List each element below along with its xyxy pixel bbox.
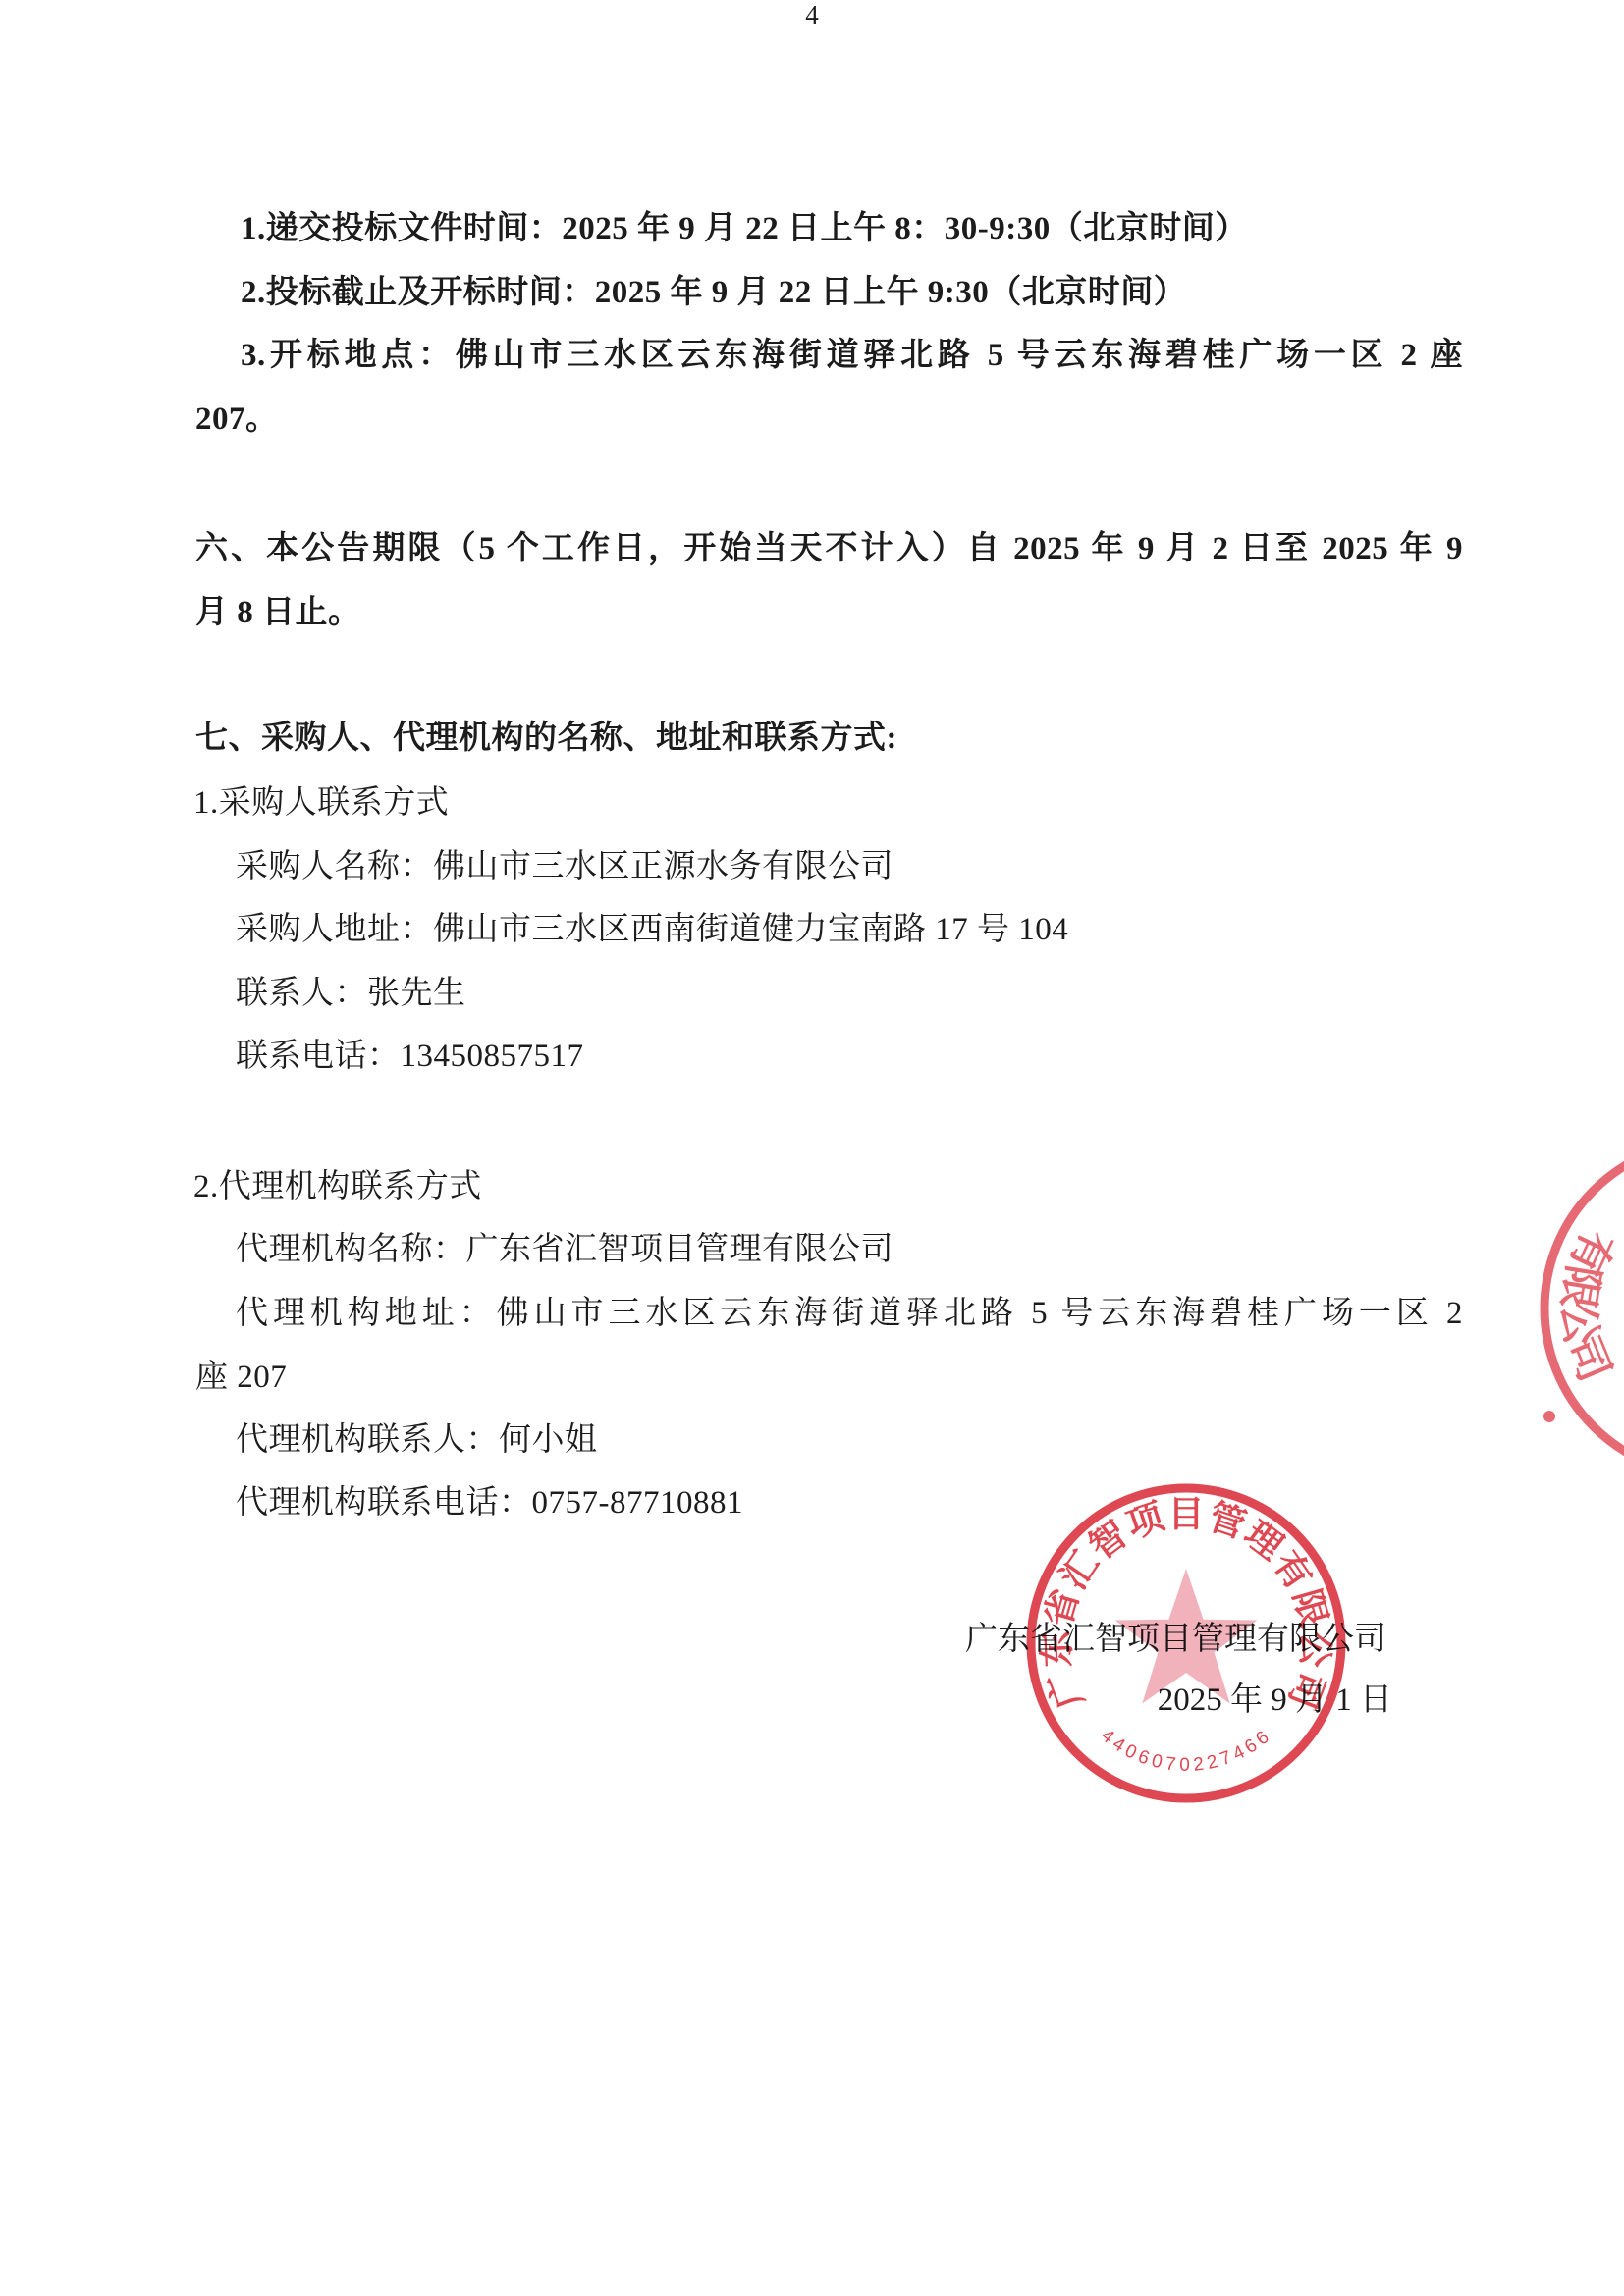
doc-line-submit-time: 1.递交投标文件时间：2025 年 9 月 22 日上午 8：30-9:30（北…	[241, 208, 1248, 249]
doc-line-purchaser-name: 采购人名称：佛山市三水区正源水务有限公司	[236, 846, 893, 887]
edge-seal-stamp: 有限公司	[1517, 1139, 1624, 1478]
page-number: 4	[0, 0, 1624, 30]
doc-line-notice-period: 六、本公告期限（5 个工作日，开始当天不计入）自 2025 年 9 月 2 日至…	[195, 528, 1463, 569]
doc-line-agency-address-cont: 座 207	[195, 1357, 287, 1398]
doc-line-purchaser-phone: 联系电话：13450857517	[236, 1036, 584, 1077]
doc-heading-contacts: 七、采购人、代理机构的名称、地址和联系方式:	[195, 718, 897, 759]
doc-line-deadline-time: 2.投标截止及开标时间：2025 年 9 月 22 日上午 9:30（北京时间）	[241, 272, 1186, 313]
doc-line-agency-name: 代理机构名称：广东省汇智项目管理有限公司	[236, 1229, 893, 1270]
doc-line-purchaser-address: 采购人地址：佛山市三水区西南街道健力宝南路 17 号 104	[236, 909, 1068, 950]
doc-line-purchaser-contact: 联系人：张先生	[236, 973, 466, 1014]
doc-line-notice-period-cont: 月 8 日止。	[195, 592, 361, 633]
doc-line-agency-contact: 代理机构联系人：何小姐	[236, 1419, 598, 1461]
document-page: 1.递交投标文件时间：2025 年 9 月 22 日上午 8：30-9:30（北…	[0, 0, 1624, 2296]
edge-seal-dot	[1543, 1411, 1555, 1422]
seal-star-icon	[1115, 1569, 1258, 1704]
doc-line-agency-section: 2.代理机构联系方式	[193, 1166, 482, 1207]
doc-line-open-location-cont: 207。	[195, 399, 279, 440]
company-seal-stamp: 广东省汇智项目管理有限公司 4406070227466	[1021, 1474, 1351, 1816]
seal-code-text: 4406070227466	[1097, 1726, 1275, 1776]
doc-line-agency-phone: 代理机构联系电话：0757-87710881	[236, 1482, 743, 1523]
doc-line-purchaser-section: 1.采购人联系方式	[193, 782, 449, 824]
doc-line-open-location: 3.开标地点：佛山市三水区云东海街道驿北路 5 号云东海碧桂广场一区 2 座	[241, 335, 1463, 376]
doc-line-agency-address: 代理机构地址：佛山市三水区云东海街道驿北路 5 号云东海碧桂广场一区 2	[236, 1293, 1463, 1334]
edge-seal-text: 有限公司	[1553, 1222, 1622, 1388]
